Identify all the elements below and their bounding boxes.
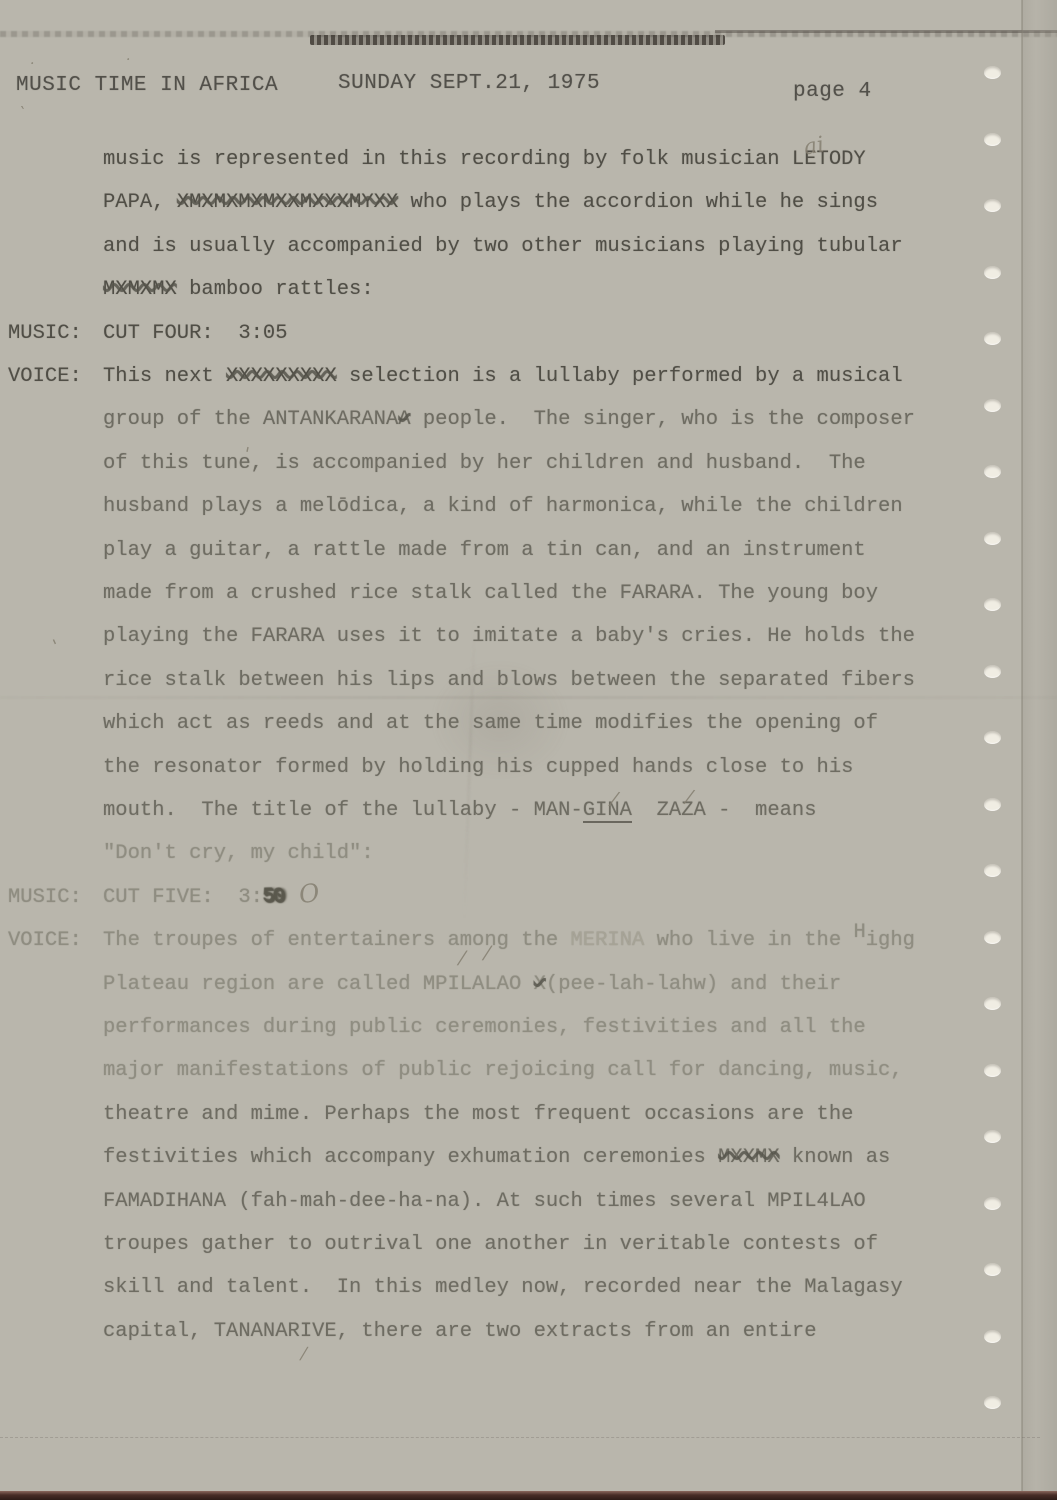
binder-hole-impression [984,266,1001,279]
page-number: page 4 [793,80,872,103]
binder-hole-impression [984,1263,1001,1276]
script-text: FAMADIHANA (fah-mah-dee-ha-na). At such … [103,1190,866,1213]
script-text: PAPA, XMXMXMXMXXMXXXMYXX who plays the a… [103,191,878,214]
script-text: music is represented in this recording b… [103,148,866,171]
script-text: rice stalk between his lips and blows be… [103,669,915,692]
binder-hole-impression [984,1130,1001,1143]
handwritten-o: O [297,878,321,910]
scanned-typescript-page: MUSIC TIME IN AFRICA SUNDAY SEPT.21, 197… [0,0,1057,1500]
script-line: theatre and mime. Perhaps the most frequ… [0,1103,1057,1131]
script-text: which act as reeds and at the same time … [103,712,878,735]
paper-speck-2: · [126,52,130,68]
cue-label: MUSIC: [8,886,82,909]
script-line: group of the ANTANKARANAA people. The si… [0,408,1057,436]
script-line: "Don't cry, my child": [0,842,1057,870]
handwritten-slash-tananarive: / [300,1344,307,1364]
handwritten-ai: ai [802,132,826,160]
script-line: festivities which accompany exhumation c… [0,1146,1057,1174]
script-text: Plateau region are called MPILALAO X(pee… [103,973,841,996]
script-line: the resonator formed by holding his cupp… [0,756,1057,784]
script-text: CUT FIVE: 3:50 [103,886,284,909]
script-line: music is represented in this recording b… [0,148,1057,176]
script-line: performances during public ceremonies, f… [0,1016,1057,1044]
paper-speck-3: ` [18,104,26,123]
cue-label: MUSIC: [8,322,82,345]
script-text: troupes gather to outrival one another i… [103,1233,878,1256]
script-text: "Don't cry, my child": [103,842,374,865]
binder-hole-impression [984,1396,1001,1409]
script-text: performances during public ceremonies, f… [103,1016,866,1039]
program-title: MUSIC TIME IN AFRICA [16,74,278,97]
script-text: skill and talent. In this medley now, re… [103,1276,903,1299]
paper-fold-line [0,1437,1040,1438]
scan-streak-thin [715,30,1057,33]
binder-hole-impression [984,66,1001,79]
handwritten-slash-mpilalao-2: / [483,942,492,965]
script-line: Plateau region are called MPILALAO X(pee… [0,973,1057,1001]
script-text: the resonator formed by holding his cupp… [103,756,853,779]
script-line: husband plays a melōdica, a kind of harm… [0,495,1057,523]
script-line: VOICE:The troupes of entertainers among … [0,929,1057,957]
script-line: mouth. The title of the lullaby - MAN-GI… [0,799,1057,827]
script-text: major manifestations of public rejoicing… [103,1059,903,1082]
script-line: playing the FARARA uses it to imitate a … [0,625,1057,653]
script-text: play a guitar, a rattle made from a tin … [103,539,866,562]
script-line: skill and talent. In this medley now, re… [0,1276,1057,1304]
script-line: MXMXMX bamboo rattles: [0,278,1057,306]
scan-streak-dark [310,35,725,45]
script-line: VOICE:This next XXXXXXXXX selection is a… [0,365,1057,393]
paper-right-edge-line [1021,0,1023,1500]
scan-bottom-edge [0,1491,1057,1500]
script-line: FAMADIHANA (fah-mah-dee-ha-na). At such … [0,1190,1057,1218]
script-line: rice stalk between his lips and blows be… [0,669,1057,697]
paper-speck-1: · [30,56,34,72]
script-text: This next XXXXXXXXX selection is a lulla… [103,365,903,388]
script-line: major manifestations of public rejoicing… [0,1059,1057,1087]
script-text: capital, TANANARIVE, there are two extra… [103,1320,817,1343]
script-text: made from a crushed rice stalk called th… [103,582,878,605]
script-text: husband plays a melōdica, a kind of harm… [103,495,903,518]
cue-label: VOICE: [8,365,82,388]
script-line: of this tune, is accompanied by her chil… [0,452,1057,480]
script-text: group of the ANTANKARANAA people. The si… [103,408,915,431]
script-line: and is usually accompanied by two other … [0,235,1057,263]
script-text: The troupes of entertainers among the ME… [103,929,915,952]
script-line: troupes gather to outrival one another i… [0,1233,1057,1261]
scan-streak-band [0,31,1057,37]
script-line: MUSIC:CUT FOUR: 3:05 [0,322,1057,350]
cue-label: VOICE: [8,929,82,952]
script-line: MUSIC:CUT FIVE: 3:50 [0,886,1057,914]
script-text: theatre and mime. Perhaps the most frequ… [103,1103,853,1126]
script-line: PAPA, XMXMXMXMXXMXXXMYXX who plays the a… [0,191,1057,219]
script-text: mouth. The title of the lullaby - MAN-GI… [103,799,817,822]
paper-right-edge-shade [1022,0,1057,1500]
script-line: capital, TANANARIVE, there are two extra… [0,1320,1057,1348]
script-text: CUT FOUR: 3:05 [103,322,288,345]
script-line: play a guitar, a rattle made from a tin … [0,539,1057,567]
handwritten-slash-mpilalao-1: / [458,947,467,970]
script-line: which act as reeds and at the same time … [0,712,1057,740]
binder-hole-impression [984,133,1001,146]
script-text: of this tune, is accompanied by her chil… [103,452,866,475]
script-text: festivities which accompany exhumation c… [103,1146,890,1169]
script-text: and is usually accompanied by two other … [103,235,903,258]
broadcast-date: SUNDAY SEPT.21, 1975 [338,72,600,95]
script-line: made from a crushed rice stalk called th… [0,582,1057,610]
script-text: playing the FARARA uses it to imitate a … [103,625,915,648]
script-text: MXMXMX bamboo rattles: [103,278,374,301]
